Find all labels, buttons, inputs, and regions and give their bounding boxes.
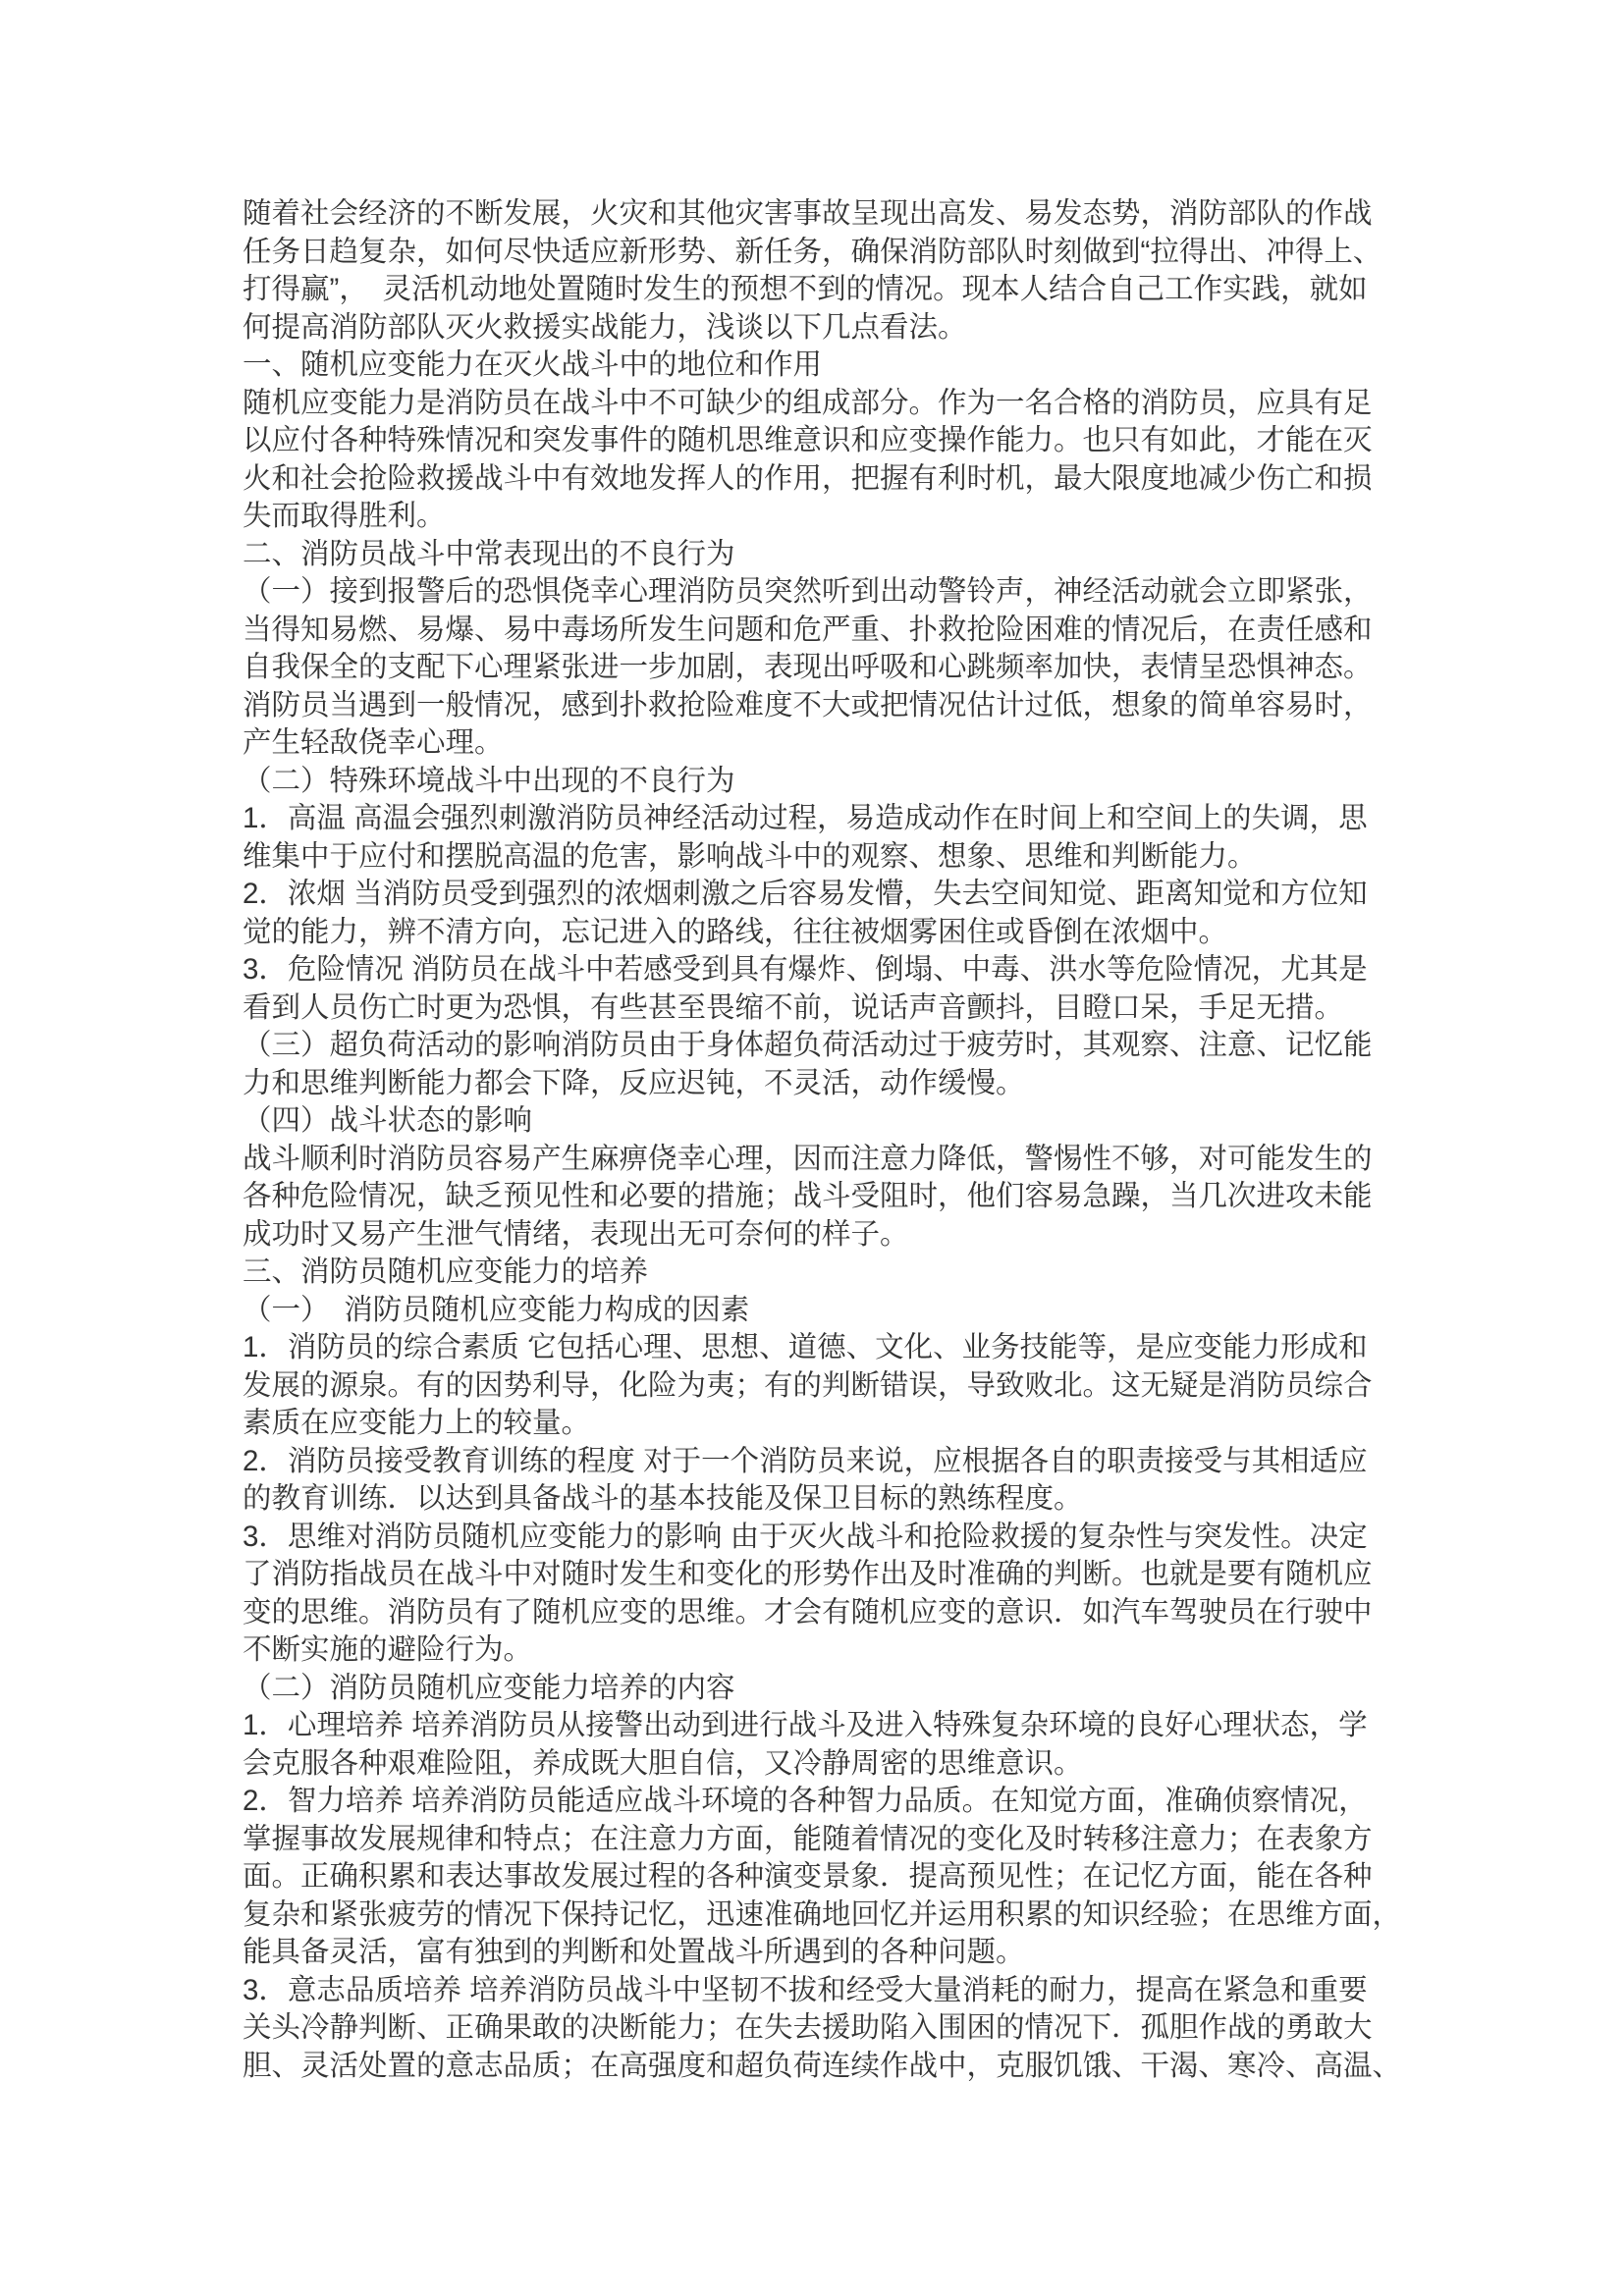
document-body-text: 随着社会经济的不断发展，火灾和其他灾害事故呈现出高发、易发态势，消防部队的作战 … <box>243 195 1401 2085</box>
document-page: 随着社会经济的不断发展，火灾和其他灾害事故呈现出高发、易发态势，消防部队的作战 … <box>0 0 1624 2296</box>
